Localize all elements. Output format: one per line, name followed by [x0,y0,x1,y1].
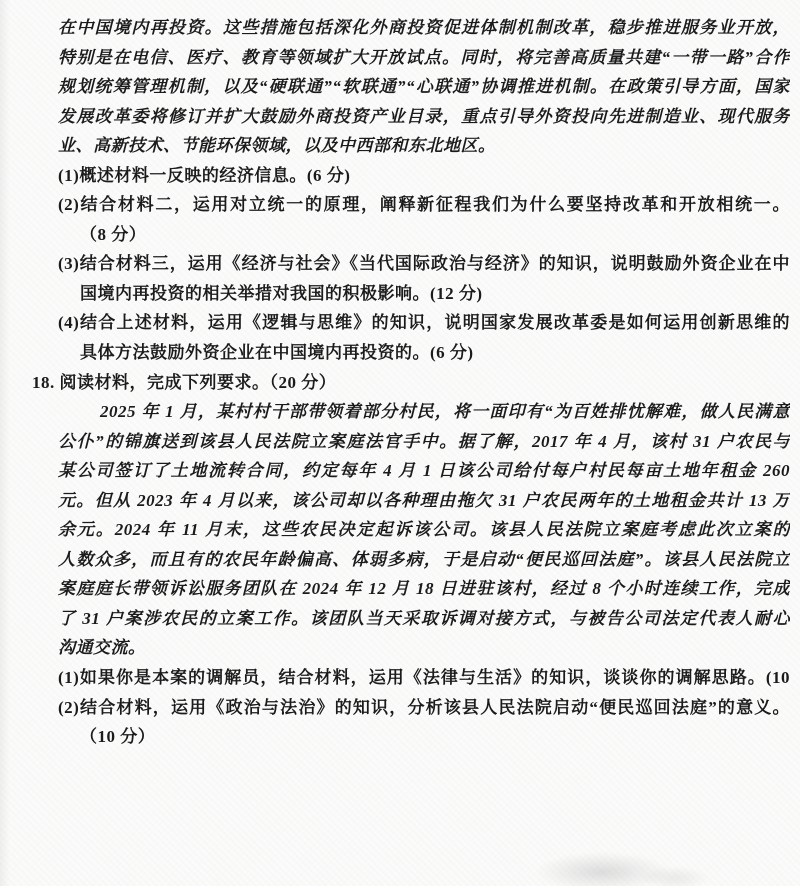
exam-scan-page: 在中国境内再投资。这些措施包括深化外商投资促进体制机制改革，稳步推进服务业开放，… [0,0,800,886]
question18-material-line: 沟通交流。 [58,633,790,663]
question18-material-line: 某公司签订了土地流转合同，约定每年 4 月 1 日该公司给付每户村民每亩土地年租… [58,456,790,486]
question17-part2-score: （8 分） [58,220,790,250]
question18-header: 18. 阅读材料，完成下列要求。（20 分） [32,368,790,398]
question18-material-line: 公仆”的锦旗送到该县人民法院立案庭法官手中。据了解，2017 年 4 月，该村 … [58,427,790,457]
exam-text-block: 在中国境内再投资。这些措施包括深化外商投资促进体制机制改革，稳步推进服务业开放，… [58,13,790,752]
question18-part2: (2)结合材料，运用《政治与法治》的知识，分析该县人民法院启动“便民巡回法庭”的… [58,693,790,723]
material-continuation-line: 发展改革委将修订并扩大鼓励外商投资产业目录，重点引导外资投向先进制造业、现代服务 [58,102,790,132]
question18-material-line: 余元。2024 年 11 月末，这些农民决定起诉该公司。该县人民法院立案庭考虑此… [58,515,790,545]
material-continuation-line: 特别是在电信、医疗、教育等领域扩大开放试点。同时，将完善高质量共建“一带一路”合… [58,43,790,73]
material-continuation-line: 业、高新技术、节能环保领域，以及中西部和东北地区。 [58,131,790,161]
question18-material-line: 了 31 户案涉农民的立案工作。该团队当天采取诉调对接方式，与被告公司法定代表人… [58,604,790,634]
question18-part2-score: （10 分） [58,722,790,752]
material-continuation-line: 在中国境内再投资。这些措施包括深化外商投资促进体制机制改革，稳步推进服务业开放， [58,13,790,43]
question17-part4: (4)结合上述材料，运用《逻辑与思维》的知识，说明国家发展改革委是如何运用创新思… [58,308,790,338]
question17-part3: (3)结合材料三，运用《经济与社会》《当代国际政治与经济》的知识，说明鼓励外资企… [58,249,790,279]
question17-part2: (2)结合材料二，运用对立统一的原理，阐释新征程我们为什么要坚持改革和开放相统一… [58,190,790,220]
question17-part1: (1)概述材料一反映的经济信息。(6 分) [58,161,790,191]
question18-material-line: 元。但从 2023 年 4 月以来，该公司却以各种理由拖欠 31 户农民两年的土… [58,486,790,516]
question17-part3-wrap: 国境内再投资的相关举措对我国的积极影响。(12 分) [58,279,790,309]
scan-smudge-artifact [640,866,710,886]
scan-edge-shadow [0,0,10,886]
question17-part4-wrap: 具体方法鼓励外资企业在中国境内再投资的。(6 分) [58,338,790,368]
question18-material-line: 人数众多，而且有的农民年龄偏高、体弱多病，于是启动“便民巡回法庭”。该县人民法院… [58,545,790,575]
question18-material-line: 案庭庭长带领诉讼服务团队在 2024 年 12 月 18 日进驻该村，经过 8 … [58,574,790,604]
question18-part1: (1)如果你是本案的调解员，结合材料，运用《法律与生活》的知识，谈谈你的调解思路… [58,663,790,693]
question18-material-line: 2025 年 1 月，某村村干部带领着部分村民，将一面印有“为百姓排忧解难，做人… [58,397,790,427]
material-continuation-line: 规划统筹管理机制，以及“硬联通”“软联通”“心联通”协调推进机制。在政策引导方面… [58,72,790,102]
